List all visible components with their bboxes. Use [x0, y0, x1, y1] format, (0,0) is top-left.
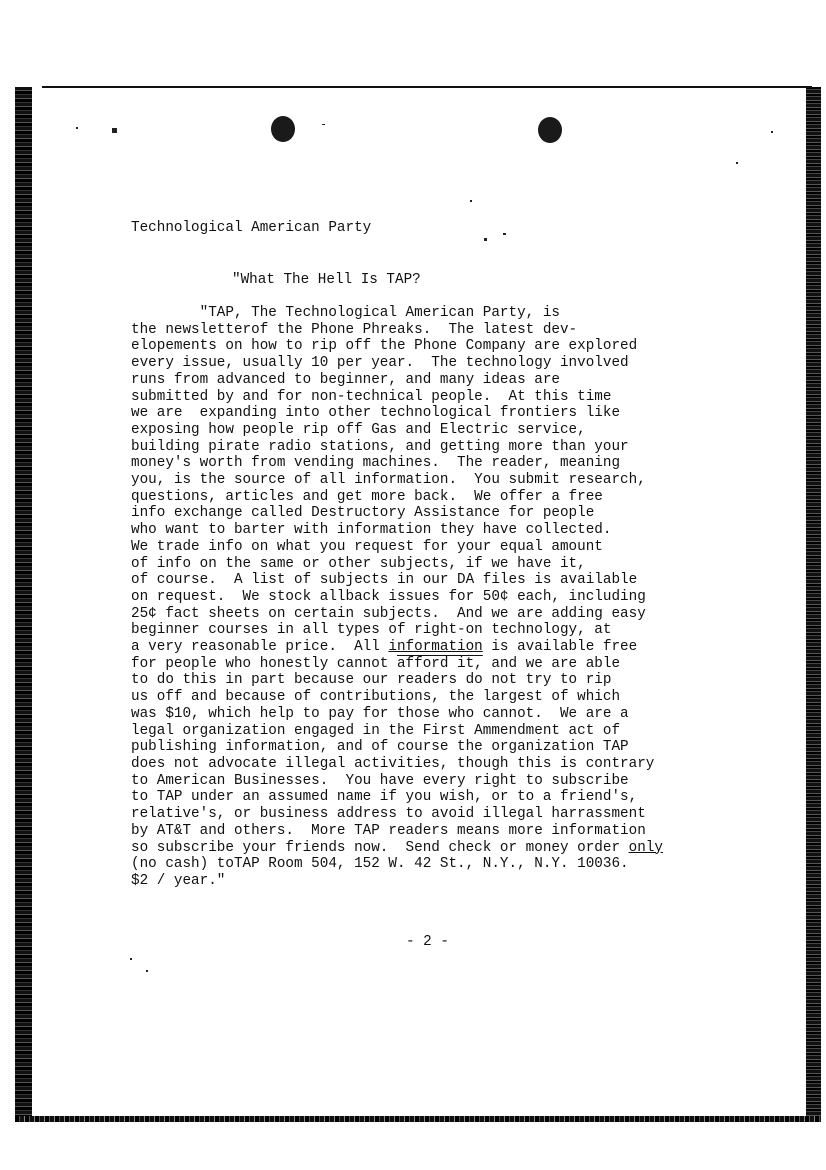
- document-subtitle: "What The Hell Is TAP?: [232, 272, 421, 289]
- body-line: for people who honestly cannot afford it…: [131, 656, 663, 673]
- body-line: We trade info on what you request for yo…: [131, 539, 663, 556]
- marked-word: only: [629, 840, 663, 856]
- document-page: Technological American Party "What The H…: [0, 0, 826, 1170]
- body-line: you, is the source of all information. Y…: [131, 472, 663, 489]
- body-line: runs from advanced to beginner, and many…: [131, 372, 663, 389]
- body-line: publishing information, and of course th…: [131, 739, 663, 756]
- body-line: elopements on how to rip off the Phone C…: [131, 338, 663, 355]
- scan-speck: [130, 958, 132, 960]
- scan-border-left: [15, 87, 32, 1122]
- scan-border-top: [42, 86, 812, 88]
- marked-word: information: [388, 639, 482, 655]
- scan-border-bottom: [15, 1116, 821, 1122]
- scan-border-right: [806, 87, 821, 1122]
- body-line: the newsletterof the Phone Phreaks. The …: [131, 322, 663, 339]
- scan-speck: [322, 124, 325, 125]
- body-line: money's worth from vending machines. The…: [131, 455, 663, 472]
- body-line: beginner courses in all types of right-o…: [131, 622, 663, 639]
- body-line: on request. We stock allback issues for …: [131, 589, 663, 606]
- body-line: who want to barter with information they…: [131, 522, 663, 539]
- body-line: submitted by and for non-technical peopl…: [131, 389, 663, 406]
- scan-speck: [771, 131, 773, 133]
- document-body: "TAP, The Technological American Party, …: [131, 305, 663, 890]
- body-line: every issue, usually 10 per year. The te…: [131, 355, 663, 372]
- marked-word: afford it,: [397, 656, 483, 672]
- body-line: exposing how people rip off Gas and Elec…: [131, 422, 663, 439]
- body-line: we are expanding into other technologica…: [131, 405, 663, 422]
- body-line: us off and because of contributions, the…: [131, 689, 663, 706]
- scan-speck: [736, 162, 738, 164]
- scan-speck: [146, 970, 148, 972]
- body-line: of course. A list of subjects in our DA …: [131, 572, 663, 589]
- scan-speck: [503, 233, 506, 235]
- body-line: to do this in part because our readers d…: [131, 672, 663, 689]
- body-line: "TAP, The Technological American Party, …: [131, 305, 663, 322]
- scan-speck: [112, 128, 117, 133]
- scan-speck: [76, 127, 78, 129]
- body-line: 25¢ fact sheets on certain subjects. And…: [131, 606, 663, 623]
- body-line: by AT&T and others. More TAP readers mea…: [131, 823, 663, 840]
- body-line: of info on the same or other subjects, i…: [131, 556, 663, 573]
- body-line: (no cash) toTAP Room 504, 152 W. 42 St.,…: [131, 856, 663, 873]
- body-line: legal organization engaged in the First …: [131, 723, 663, 740]
- body-line: was $10, which help to pay for those who…: [131, 706, 663, 723]
- body-line: so subscribe your friends now. Send chec…: [131, 840, 663, 857]
- body-line: does not advocate illegal activities, th…: [131, 756, 663, 773]
- body-line: $2 / year.": [131, 873, 663, 890]
- scan-speck: [470, 200, 472, 202]
- body-line: a very reasonable price. All information…: [131, 639, 663, 656]
- page-number: - 2 -: [406, 934, 449, 951]
- document-heading: Technological American Party: [131, 220, 371, 237]
- body-line: questions, articles and get more back. W…: [131, 489, 663, 506]
- scan-speck: [484, 238, 487, 241]
- punch-hole-icon: [271, 116, 295, 142]
- body-line: building pirate radio stations, and gett…: [131, 439, 663, 456]
- body-line: relative's, or business address to avoid…: [131, 806, 663, 823]
- body-line: info exchange called Destructory Assista…: [131, 505, 663, 522]
- body-line: to American Businesses. You have every r…: [131, 773, 663, 790]
- punch-hole-icon: [538, 117, 562, 143]
- body-line: to TAP under an assumed name if you wish…: [131, 789, 663, 806]
